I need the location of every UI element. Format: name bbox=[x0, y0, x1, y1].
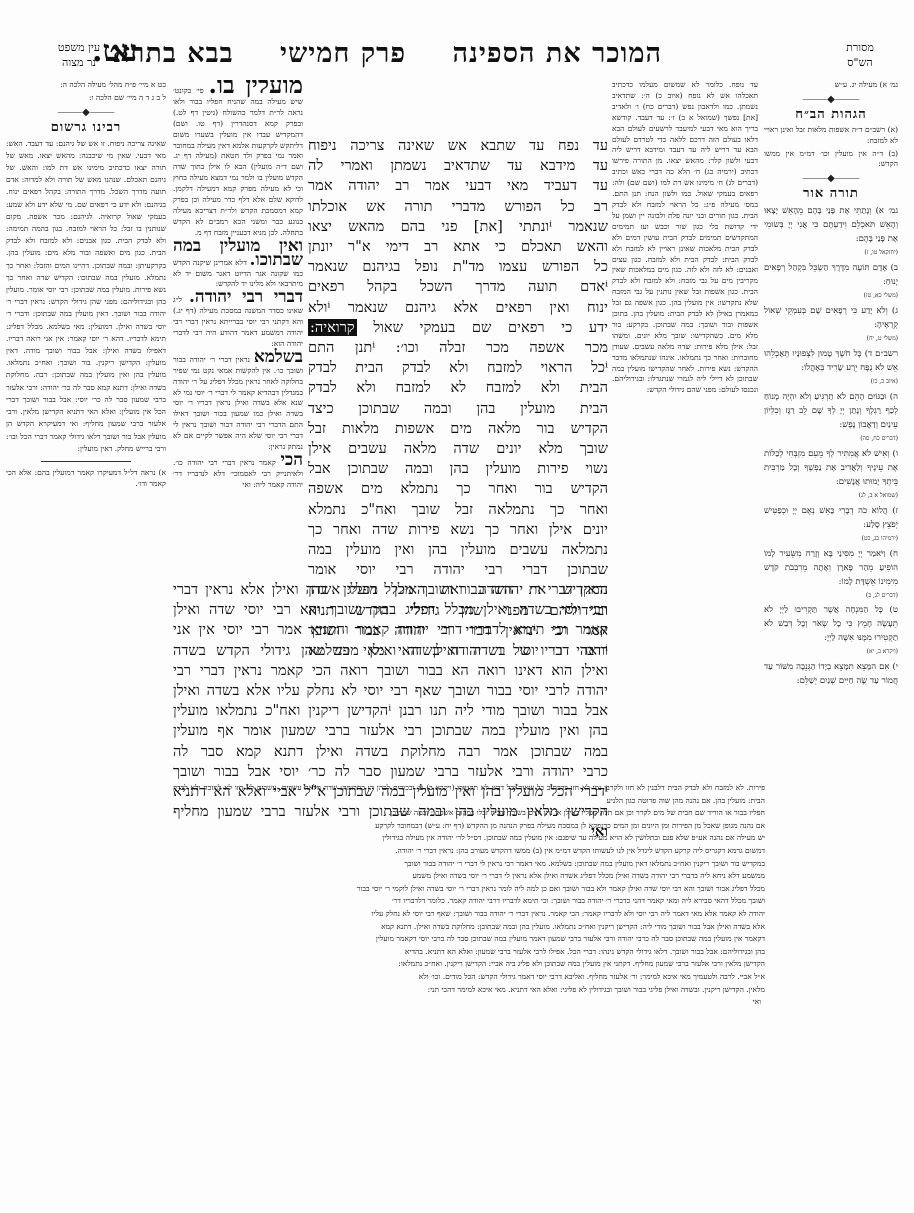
gemara-line: ינוח ואין רפאים אלא גיהנם שנאמר ⁱולא bbox=[308, 298, 608, 318]
torah-or-citation: (משלי כא, טז) bbox=[764, 291, 898, 302]
right-margin-column: גמ׳ א) מעילה יג. ע״ש ⸻◆⸻ הגהות הב״ח (א) … bbox=[764, 80, 898, 770]
ornament-divider: ⸻◆⸻ bbox=[764, 95, 898, 106]
tosafot-lead: דברי רבי יהודה. bbox=[189, 287, 303, 307]
rashbam-line: במקדיש בור ושובך ריקנין ואח״כ נתמלאו דאי… bbox=[173, 858, 765, 871]
ein-mishpat-label-line1: עין משפט bbox=[44, 40, 114, 55]
torah-or-entry: גמ׳ א) וְנָתַתִּי אֶת פָּנַי בָּהֶם מֵהָ… bbox=[764, 204, 898, 246]
rashbam-line: פירות. לא למזבח ולא לבדק הבית דלבנין לא … bbox=[173, 782, 765, 807]
rabbeinu-gershom-title: רבינו גרשום bbox=[6, 123, 166, 134]
gemara-line: שובך מלא יונים שדה מלאה עשבים אילן bbox=[308, 439, 608, 459]
gemara-line: נשוי פירות מועלין בהן ובמה שבתוכן אבל bbox=[308, 459, 608, 479]
gemara-line: יהודה לרבי יוסי בבור ושובך שאף רבי יוסי … bbox=[173, 681, 608, 701]
masoret-hashas-header: מסורת הש"ס bbox=[830, 40, 890, 70]
ornament-divider: ⸻◆⸻ bbox=[6, 108, 166, 119]
rashbam-bottom: פירות. לא למזבח ולא לבדק הבית דלבנין לא … bbox=[173, 782, 765, 1009]
rashbam-text: עד נופח. כלומר לא שמשום מעלמו כדכתיב תאכ… bbox=[612, 80, 758, 396]
torah-or-entry: י) אִם הִמָּצֵא תִמָּצֵא בְיָדוֹ הַגְּנֵ… bbox=[764, 660, 898, 688]
torah-or-entry: ג) וְלֹא יָדַע כִּי רְפָאִים שָׁם בְּעִמ… bbox=[764, 304, 898, 332]
rashbam-column: עד נופח. כלומר לא שמשום מעלמו כדכתיב תאכ… bbox=[612, 80, 758, 780]
divider-rule bbox=[41, 461, 131, 462]
left-margin-column: כט א מיי׳ פ״ח מהל׳ מעילה הלכה ה: ל ב ג ד… bbox=[6, 80, 166, 1100]
gemara-line: נראין דברי ר׳ יהודה בבור ושובך מכלל דפלי… bbox=[173, 580, 608, 600]
gemara-line: רואה דבריו של ר׳ יהודה בשדה ואילן מפני ש… bbox=[173, 641, 608, 661]
rashbam-line: א״ל אביי. לרבה ולטעמיך מאי איכא למימר: ו… bbox=[173, 971, 765, 984]
hagahot-habach-title: הגהות הב״ח bbox=[764, 110, 898, 121]
rashbam-line: יש מעילה אם נהנה אע״פ שלא פגם ובתלושין ל… bbox=[173, 832, 765, 845]
rabbeinu-gershom-text: שאינה צריכה ניפוח. זו אש של גיהנם: עד דע… bbox=[6, 138, 166, 455]
mishnah-marker-box: קרואיה: bbox=[308, 319, 357, 336]
gemara-line: קאמר וכי תימא לדבריו דרבי יהודה קאמר והת… bbox=[173, 620, 608, 640]
torah-or-citation: (ירמיהו כג, כט) bbox=[764, 534, 898, 545]
rashbam-line: יהודה לא קאמר אלא מאי דאמר ליה רבי יוסי … bbox=[173, 908, 765, 921]
gemara-line: ⁱאדם תועה מדרך השכל בקהל רפאים bbox=[308, 277, 608, 297]
torah-or-title: תורה אור bbox=[764, 189, 898, 200]
gemara-line: עד דעביד מאי דבעי אמר רב יהודה אמר bbox=[308, 176, 608, 196]
gemara-line: עד נפח עד שתבא אש שאינה צריכה ניפוח bbox=[308, 136, 608, 156]
gemara-line: אבל בבור ושובך מודי ליה תנו רבנן ⁱהקדישן… bbox=[173, 701, 608, 721]
tosafot-text: נראין דברי ר׳ יהודה בבור ושובך כו׳. אין … bbox=[173, 355, 303, 451]
tosafot-text: פי׳ בקונט׳ שיש מעילה במה שהניח חפליו בבו… bbox=[173, 86, 303, 237]
gemara-line: רב כל הפורש מדברי תורה אש אוכלתו bbox=[308, 197, 608, 217]
chapter-title: המוכר את הספינה bbox=[453, 38, 662, 69]
gemara-line: שבתוכן דברי רבי יהודה רבי יוסי אומר bbox=[308, 560, 608, 580]
rashbam-line: ושובך מכלל דהאי סבירא ליה ומאי קאמר דהני… bbox=[173, 895, 765, 908]
rashbam-line: מכלל דפליג אבור ושובך והא רבי יוסי שדה ו… bbox=[173, 883, 765, 896]
gemara-line: שנאמר ⁱונתתי [את] פני בהם מהאש יצאו bbox=[308, 217, 608, 237]
gemara-line: כל הפורש עצמו מד"ת נופל בגיהנם שנאמר bbox=[308, 257, 608, 277]
masoret-label-line2: הש"ס bbox=[830, 55, 890, 70]
torah-or-citation: (דברים כח, סה) bbox=[764, 434, 898, 445]
ornament-divider: ⸻◆⸻ bbox=[764, 174, 898, 185]
gemara-line: מכר אשפה מכר זבלה וכו׳: ⁱתנן התם bbox=[308, 338, 608, 358]
gemara-line: הקדיש בור מלאה מים אשפות מלאות זבל bbox=[308, 419, 608, 439]
gemara-line: במה שבתוכן אמר רבה מחלוקת בשדה ואילן דתנ… bbox=[173, 742, 608, 762]
gemara-line: יונים אילן ואחר כך נשא פירות שדה ואחר כך bbox=[308, 520, 608, 540]
rashbam-line: מלאין. הקדישן ריקנין. ובשדה ואילן פליגי … bbox=[173, 984, 765, 997]
torah-or-entry: ח) וַיֹּאמַר יְיָ מִסִּינַי בָּא וְזָרַח… bbox=[764, 547, 898, 589]
gemara-line: בהן ואין מועלין במה שבתוכן רבי אלעזר ברב… bbox=[173, 721, 608, 741]
torah-or-entry: רשב״ם ד) כָּל חֹשֶׁךְ טָמוּן לִצְפוּנָיו… bbox=[764, 347, 898, 375]
tosafot-lead: הכי bbox=[280, 450, 303, 470]
ein-mishpat-entry: ל ב ג ד ה מיי׳ שם הלכה ו: bbox=[6, 93, 166, 104]
gemara-line: עד מידבא עד שתדאיב נשמתן ואמרי לה bbox=[308, 156, 608, 176]
ein-mishpat-label-line2: נר מצוה bbox=[44, 55, 114, 70]
rashbam-line: בהן ובגידוליהם: אבל בבור ושובך. דלאו גיד… bbox=[173, 946, 765, 959]
gemara-line: ואחר כך נתמלאה זבל שובך ואח"כ נתמלא bbox=[308, 500, 608, 520]
gemara-line: כרבי יהודה ורבי אלעזר ברבי שמעון סבר לה … bbox=[173, 762, 608, 782]
torah-or-citation: (יחזקאל טו, ז) bbox=[764, 248, 898, 259]
gemara-line: הבית מועלין בהן ובמה שבתוכן כיצד bbox=[308, 399, 608, 419]
gemara-line: רבי יוסי בשדה ואילן מכלל דפליג בבור ושוב… bbox=[173, 600, 608, 620]
gemara-line: ⁱכל הראוי למזבח ולא לבדק הבית לבדק bbox=[308, 358, 608, 378]
gemara-line: הבית ולא למזבח לא למזבח ולא לבדק bbox=[308, 378, 608, 398]
torah-or-entry: ב) אָדָם תּוֹעֶה מִדֶּרֶךְ הַשְׂכֵּל בִּ… bbox=[764, 261, 898, 289]
rashbam-line: אלא בשדה ואילן אבל בבור ושובך מודי ליה: … bbox=[173, 921, 765, 934]
gemara-line: והאש תאכלם כי אתא רב דימי א"ר יונתן bbox=[308, 237, 608, 257]
hagahot-entry: (ב) ד״ה אין מועלין וכו׳ דמ״מ אין ממשו הק… bbox=[764, 149, 898, 171]
ein-mishpat-entry: כט א מיי׳ פ״ח מהל׳ מעילה הלכה ה: bbox=[6, 80, 166, 91]
masoret-entry: גמ׳ א) מעילה יג. ע״ש bbox=[764, 80, 898, 91]
tosafot-column: מועלין בו. פי׳ בקונט׳ שיש מעילה במה שהני… bbox=[173, 80, 303, 580]
rashbam-line: ממשמע דלא ניחא ליה בדברי רבי יהודה בשדה … bbox=[173, 870, 765, 883]
gemara-line: נתמלאה עשבים מועלין בהן ואין מועלין במה bbox=[308, 540, 608, 560]
rashbam-line: הקדישן מלאין ורבי אלעזר ברבי שמעון מחליף… bbox=[173, 958, 765, 971]
torah-or-citation: (שמואל א ב, לג) bbox=[764, 491, 898, 502]
footnote: א) נראה דל״ל דמעיקרו קאמר דמועלין בהם: א… bbox=[6, 468, 166, 490]
torah-or-citation: (איוב כ, כו) bbox=[764, 377, 898, 388]
torah-or-citation: (ויקרא ב, יא) bbox=[764, 647, 898, 658]
torah-or-entry: ו) וְאִישׁ לֹא אֲמִתִּיר לְךָ מֵעִם מִזְ… bbox=[764, 447, 898, 489]
hagahot-entry: (א) רשב״ם ד״ה אשפות מלאות זבל ואינן ראוי… bbox=[764, 125, 898, 147]
rashbam-catchword: ואי bbox=[173, 996, 765, 1009]
tosafot-lead: בשלמא bbox=[254, 347, 303, 367]
torah-or-citation: (דברים לג, ב) bbox=[764, 591, 898, 602]
rashbam-line: אם נהנה מגופן שאכל מן הפירות ומן היונים … bbox=[173, 820, 765, 833]
rashbam-line: דמשום גרמא דקגריס ליה קרקע הקדש ליגדל אי… bbox=[173, 845, 765, 858]
gemara-line: ואילן הוא דאינו רואה הא בבור ושובך רואה … bbox=[173, 661, 608, 681]
torah-or-citation: (משלי ט, יח) bbox=[764, 334, 898, 345]
masoret-label-line1: מסורת bbox=[830, 40, 890, 55]
gemara-line: ידע כי רפאים שם בעמקי שאול bbox=[373, 319, 608, 336]
gemara-line: הקדיש בור ואחר כך נתמלא מים אשפה bbox=[308, 479, 608, 499]
page-title: המוכר את הספינה פרק חמישי בבא בתרא bbox=[280, 38, 680, 69]
ein-mishpat-header: עין משפט נר מצוה bbox=[44, 40, 114, 70]
rashbam-line: חפליו בבור או הוריד שם חבית של מים לקרר … bbox=[173, 807, 765, 820]
torah-or-entry: ה) וּבַגּוֹיִם הָהֵם לֹא תַרְגִּיעַ וְלֹ… bbox=[764, 390, 898, 432]
chapter-number: פרק חמישי bbox=[280, 38, 406, 69]
rashbam-line: דקאמר אין מועלין במה שבתוכן סבר לה כרבי … bbox=[173, 933, 765, 946]
torah-or-entry: ט) כָּל הַמִּנְחָה אֲשֶׁר תַּקְרִיבוּ לַ… bbox=[764, 603, 898, 645]
torah-or-entry: ז) הֲלוֹא כֹה דְבָרִי כָּאֵשׁ נְאֻם יְיָ… bbox=[764, 504, 898, 532]
